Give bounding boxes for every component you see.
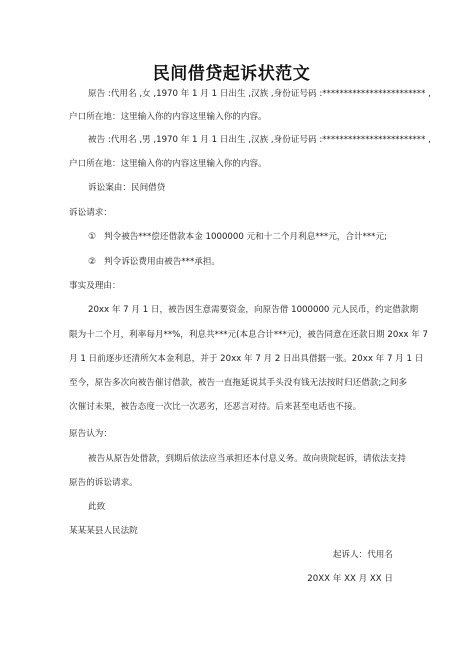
facts-line: 月 1 日前逐步还清所欠本金利息，并于 20xx 年 7 月 2 日出具借据一张…: [69, 353, 423, 365]
opinion-line: 原告的诉讼请求。: [69, 477, 138, 489]
facts-line: 限为十二个月，利率每月**%，利息共***元(本息合计***元)，被告同意在还款…: [69, 329, 428, 341]
plaintiff-residence: 户口所在地：这里输入你的内容这里输入你的内容。: [69, 111, 267, 123]
document-page: 民间借贷起诉状范文 原告 :代用名 ,女 ,1970 年 1 月 1 日出生 ,…: [0, 0, 463, 655]
document-title: 民间借贷起诉状范文: [0, 59, 463, 84]
claim-item: 判令诉讼费用由被告***承担。: [104, 256, 220, 268]
claim-marker: ①: [88, 231, 96, 243]
opinion-line: 被告从原告处借款，到期后依法应当承担还本付息义务。故向贵院起诉，请依法支持: [88, 453, 406, 465]
opinion-heading: 原告认为：: [69, 428, 112, 440]
facts-heading: 事实及理由：: [69, 280, 121, 292]
cause-of-action: 诉讼案由：民间借贷: [88, 182, 165, 194]
filing-date: 20XX 年 XX 月 XX 日: [307, 573, 393, 585]
defendant-info: 被告 :代用名 ,男 ,1970 年 1 月 1 日出生 ,汉族 ,身份证号码 …: [88, 134, 431, 146]
claims-heading: 诉讼请求：: [69, 207, 112, 219]
claim-item: 判令被告***偿还借款本金 1000000 元和十二个月利息***元，合计***…: [104, 231, 387, 243]
facts-line: 20xx 年 7 月 1 日，被告因生意需要资金，向原告借 1000000 元人…: [88, 304, 418, 316]
salutation: 此致: [88, 501, 105, 513]
facts-line: 次催讨未果，被告态度一次比一次恶劣，还恶言对待。后来甚至电话也不接。: [69, 401, 361, 413]
facts-line: 至今，原告多次向被告催讨借款，被告一直拖延说其手头没有钱无法按时归还借款;之间多: [69, 377, 407, 389]
plaintiff-signature: 起诉人：代用名: [333, 549, 393, 561]
plaintiff-info: 原告 :代用名 ,女 ,1970 年 1 月 1 日出生 ,汉族 ,身份证号码 …: [88, 88, 431, 100]
court-name: 某某某县人民法院: [69, 525, 138, 537]
claim-marker: ②: [88, 256, 96, 268]
defendant-residence: 户口所在地：这里输入你的内容这里输入你的内容。: [69, 158, 267, 170]
